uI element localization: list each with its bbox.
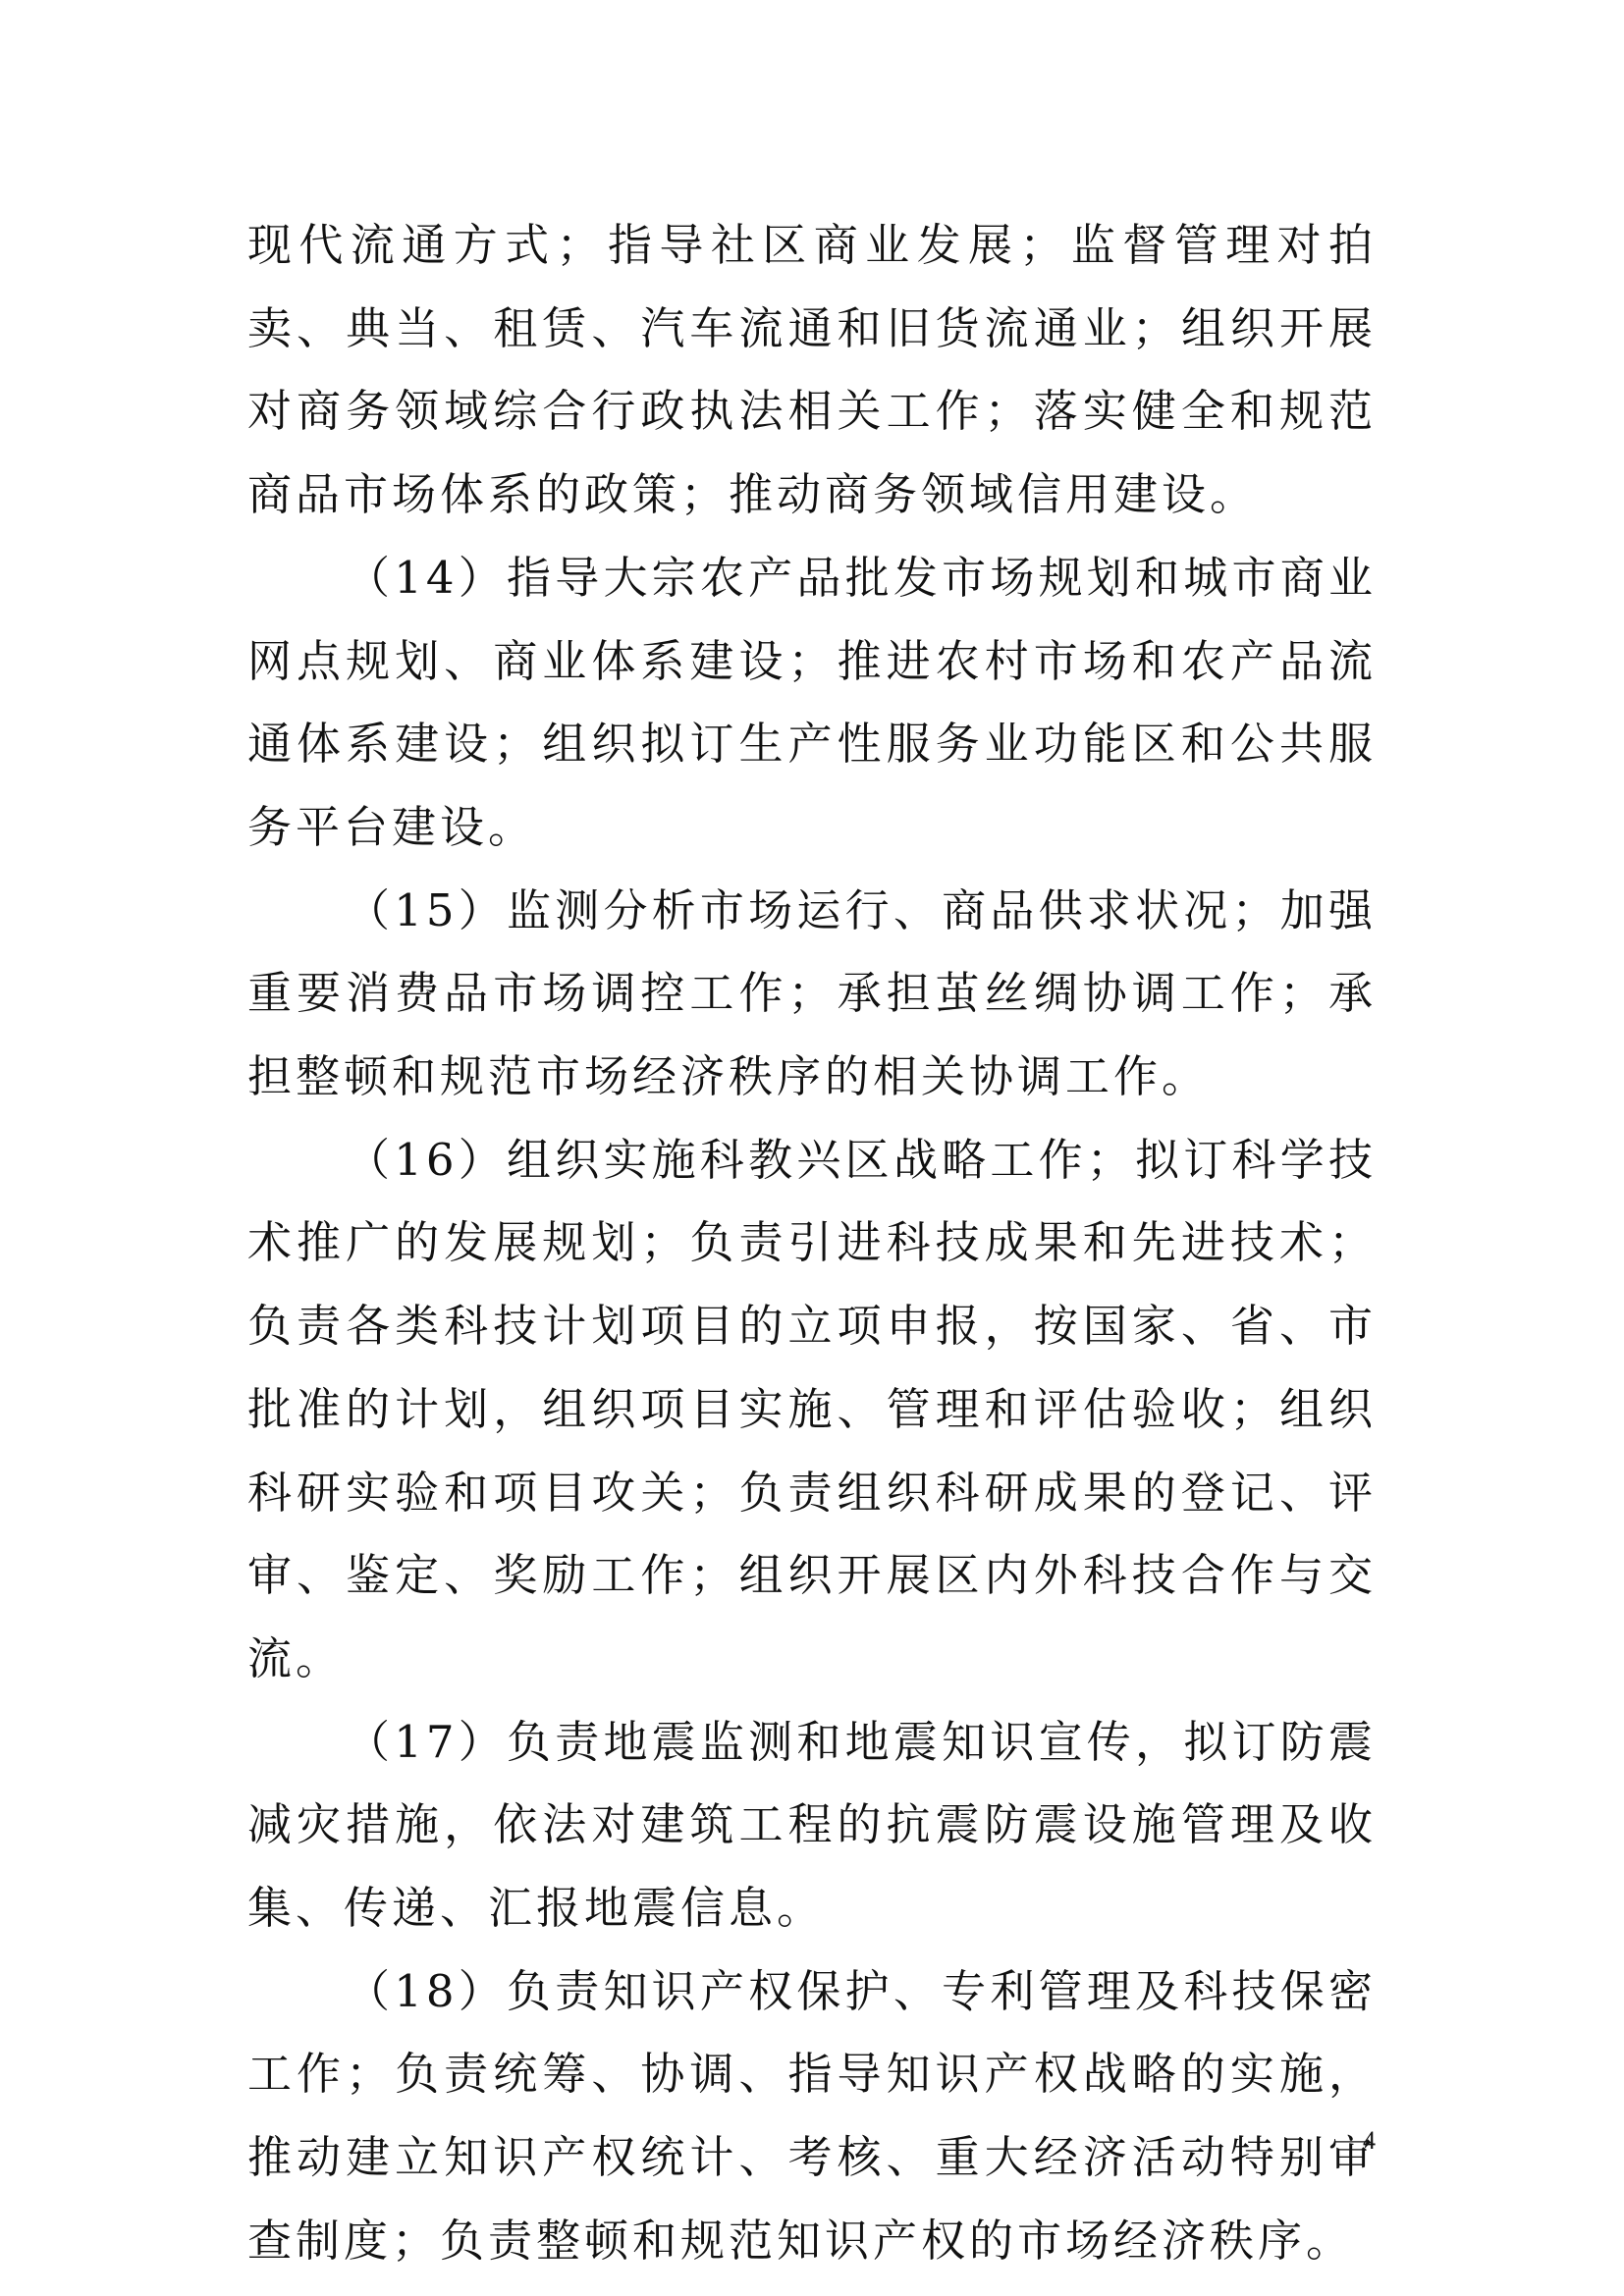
document-page: 现代流通方式；指导社区商业发展；监督管理对拍卖、典当、租赁、汽车流通和旧货流通业…: [0, 0, 1624, 2296]
paragraph-item-17: （17）负责地震监测和地震知识宣传，拟订防震减灾措施，依法对建筑工程的抗震防震设…: [247, 1701, 1377, 1950]
page-number: 4: [1363, 2126, 1376, 2156]
paragraph-continuation: 现代流通方式；指导社区商业发展；监督管理对拍卖、典当、租赁、汽车流通和旧货流通业…: [247, 204, 1377, 537]
paragraph-item-15: （15）监测分析市场运行、商品供求状况；加强重要消费品市场调控工作；承担茧丝绸协…: [247, 870, 1377, 1119]
paragraph-item-14: （14）指导大宗农产品批发市场规划和城市商业网点规划、商业体系建设；推进农村市场…: [247, 537, 1377, 870]
paragraph-item-16: （16）组织实施科教兴区战略工作；拟订科学技术推广的发展规划；负责引进科技成果和…: [247, 1119, 1377, 1701]
paragraph-item-18: （18）负责知识产权保护、专利管理及科技保密工作；负责统筹、协调、指导知识产权战…: [247, 1950, 1377, 2283]
body-text: 现代流通方式；指导社区商业发展；监督管理对拍卖、典当、租赁、汽车流通和旧货流通业…: [247, 204, 1377, 2283]
